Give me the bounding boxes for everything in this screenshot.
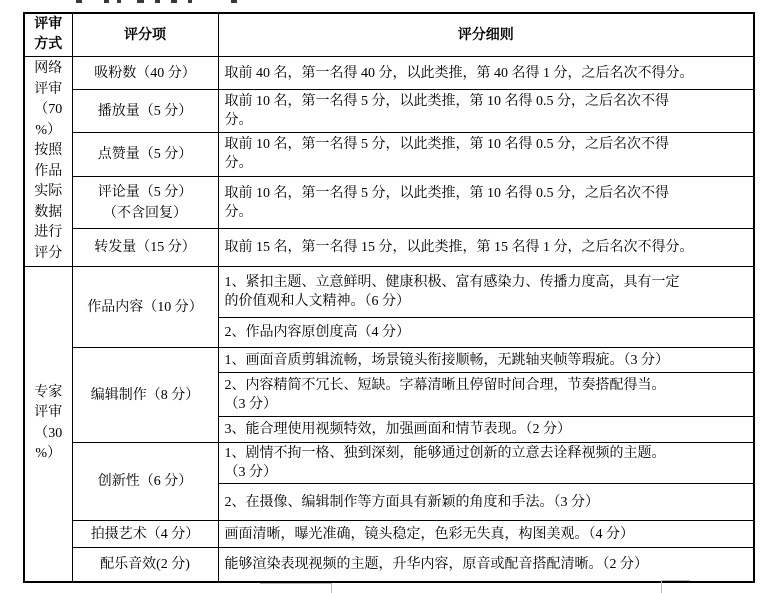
cell-item-editing: 编辑制作（8 分）	[72, 348, 218, 443]
cell-rule-comments: 取前 10 名，第一名得 5 分，以此类推，第 10 名得 0.5 分，之后名次…	[218, 176, 754, 229]
document-page: { "colors": { "background": "#ffffff", "…	[0, 0, 767, 593]
cell-rule-content-1: 1、紧扣主题、立意鲜明、健康积极、富有感染力、传播力度高，具有一定 的价值观和人…	[218, 267, 754, 318]
cell-item-cinematography: 拍摄艺术（4 分）	[72, 521, 218, 548]
table-row: 转发量（15 分） 取前 15 名，第一名得 15 分，以此类推，第 15 名得…	[24, 229, 754, 267]
header-scoring-item: 评分项	[72, 13, 218, 57]
cell-rule-content-2: 2、作品内容原创度高（4 分）	[218, 318, 754, 348]
table-row: 编辑制作（8 分） 1、画面音质剪辑流畅，场景镜头衔接顺畅，无跳轴夹帧等瑕疵。（…	[24, 348, 754, 373]
cell-rule-innovation-1: 1、剧情不拘一格、独到深刻，能够通过创新的立意去诠释视频的主题。 （3 分）	[218, 443, 754, 484]
text-boundary-mark-right	[661, 580, 690, 593]
table-row: 拍摄艺术（4 分） 画面清晰，曝光准确，镜头稳定，色彩无失真，构图美观。（4 分…	[24, 521, 754, 548]
table-row: 创新性（6 分） 1、剧情不拘一格、独到深刻，能够通过创新的立意去诠释视频的主题…	[24, 443, 754, 484]
cell-rule-followers: 取前 40 名，第一名得 40 分，以此类推，第 40 名得 1 分，之后名次不…	[218, 57, 754, 90]
cell-method-network-review: 网络 评审 （70 %） 按照 作品 实际 数据 进行 评分	[24, 57, 72, 267]
cell-item-shares: 转发量（15 分）	[72, 229, 218, 267]
cell-rule-soundtrack: 能够渲染表现视频的主题，升华内容，原音或配音搭配清晰。（2 分）	[218, 548, 754, 582]
table-row: 评论量（5 分） （不含回复） 取前 10 名，第一名得 5 分，以此类推，第 …	[24, 176, 754, 229]
cell-rule-shares: 取前 15 名，第一名得 15 分，以此类推，第 15 名得 1 分，之后名次不…	[218, 229, 754, 267]
cell-rule-editing-1: 1、画面音质剪辑流畅，场景镜头衔接顺畅，无跳轴夹帧等瑕疵。（3 分）	[218, 348, 754, 373]
table-row: 点赞量（5 分） 取前 10 名，第一名得 5 分，以此类推，第 10 名得 0…	[24, 133, 754, 177]
cell-rule-innovation-2: 2、在摄像、编辑制作等方面具有新颖的角度和手法。（3 分）	[218, 484, 754, 521]
cell-item-likes: 点赞量（5 分）	[72, 133, 218, 177]
cell-item-comments: 评论量（5 分） （不含回复）	[72, 176, 218, 229]
cell-item-soundtrack: 配乐音效(2 分)	[72, 548, 218, 582]
cell-rule-editing-3: 3、能合理使用视频特效，加强画面和情节表现。（2 分）	[218, 417, 754, 443]
cell-item-followers: 吸粉数（40 分）	[72, 57, 218, 90]
cell-rule-likes: 取前 10 名，第一名得 5 分，以此类推，第 10 名得 0.5 分，之后名次…	[218, 133, 754, 177]
text-boundary-mark-left	[260, 583, 332, 593]
header-scoring-rule: 评分细则	[218, 13, 754, 57]
cell-item-content: 作品内容（10 分）	[72, 267, 218, 348]
table-row: 配乐音效(2 分) 能够渲染表现视频的主题，升华内容，原音或配音搭配清晰。（2 …	[24, 548, 754, 582]
cell-rule-editing-2: 2、内容精简不冗长、短缺。字幕清晰且停留时间合理，节奏搭配得当。 （3 分）	[218, 373, 754, 417]
cell-item-plays: 播放量（5 分）	[72, 90, 218, 133]
scoring-rubric-table: 评审方式 评分项 评分细则 网络 评审 （70 %） 按照 作品 实际 数据 进…	[23, 12, 755, 583]
table-row: 专家 评审 （30 %） 作品内容（10 分） 1、紧扣主题、立意鲜明、健康积极…	[24, 267, 754, 318]
header-review-method: 评审方式	[24, 13, 72, 57]
cell-rule-plays: 取前 10 名，第一名得 5 分，以此类推，第 10 名得 0.5 分，之后名次…	[218, 90, 754, 133]
cell-item-innovation: 创新性（6 分）	[72, 443, 218, 521]
cell-method-expert-review: 专家 评审 （30 %）	[24, 267, 72, 582]
cell-rule-cinematography: 画面清晰，曝光准确，镜头稳定，色彩无失真，构图美观。（4 分）	[218, 521, 754, 548]
table-row: 播放量（5 分） 取前 10 名，第一名得 5 分，以此类推，第 10 名得 0…	[24, 90, 754, 133]
header-row: 评审方式 评分项 评分细则	[24, 13, 754, 57]
table-row: 网络 评审 （70 %） 按照 作品 实际 数据 进行 评分 吸粉数（40 分）…	[24, 57, 754, 90]
